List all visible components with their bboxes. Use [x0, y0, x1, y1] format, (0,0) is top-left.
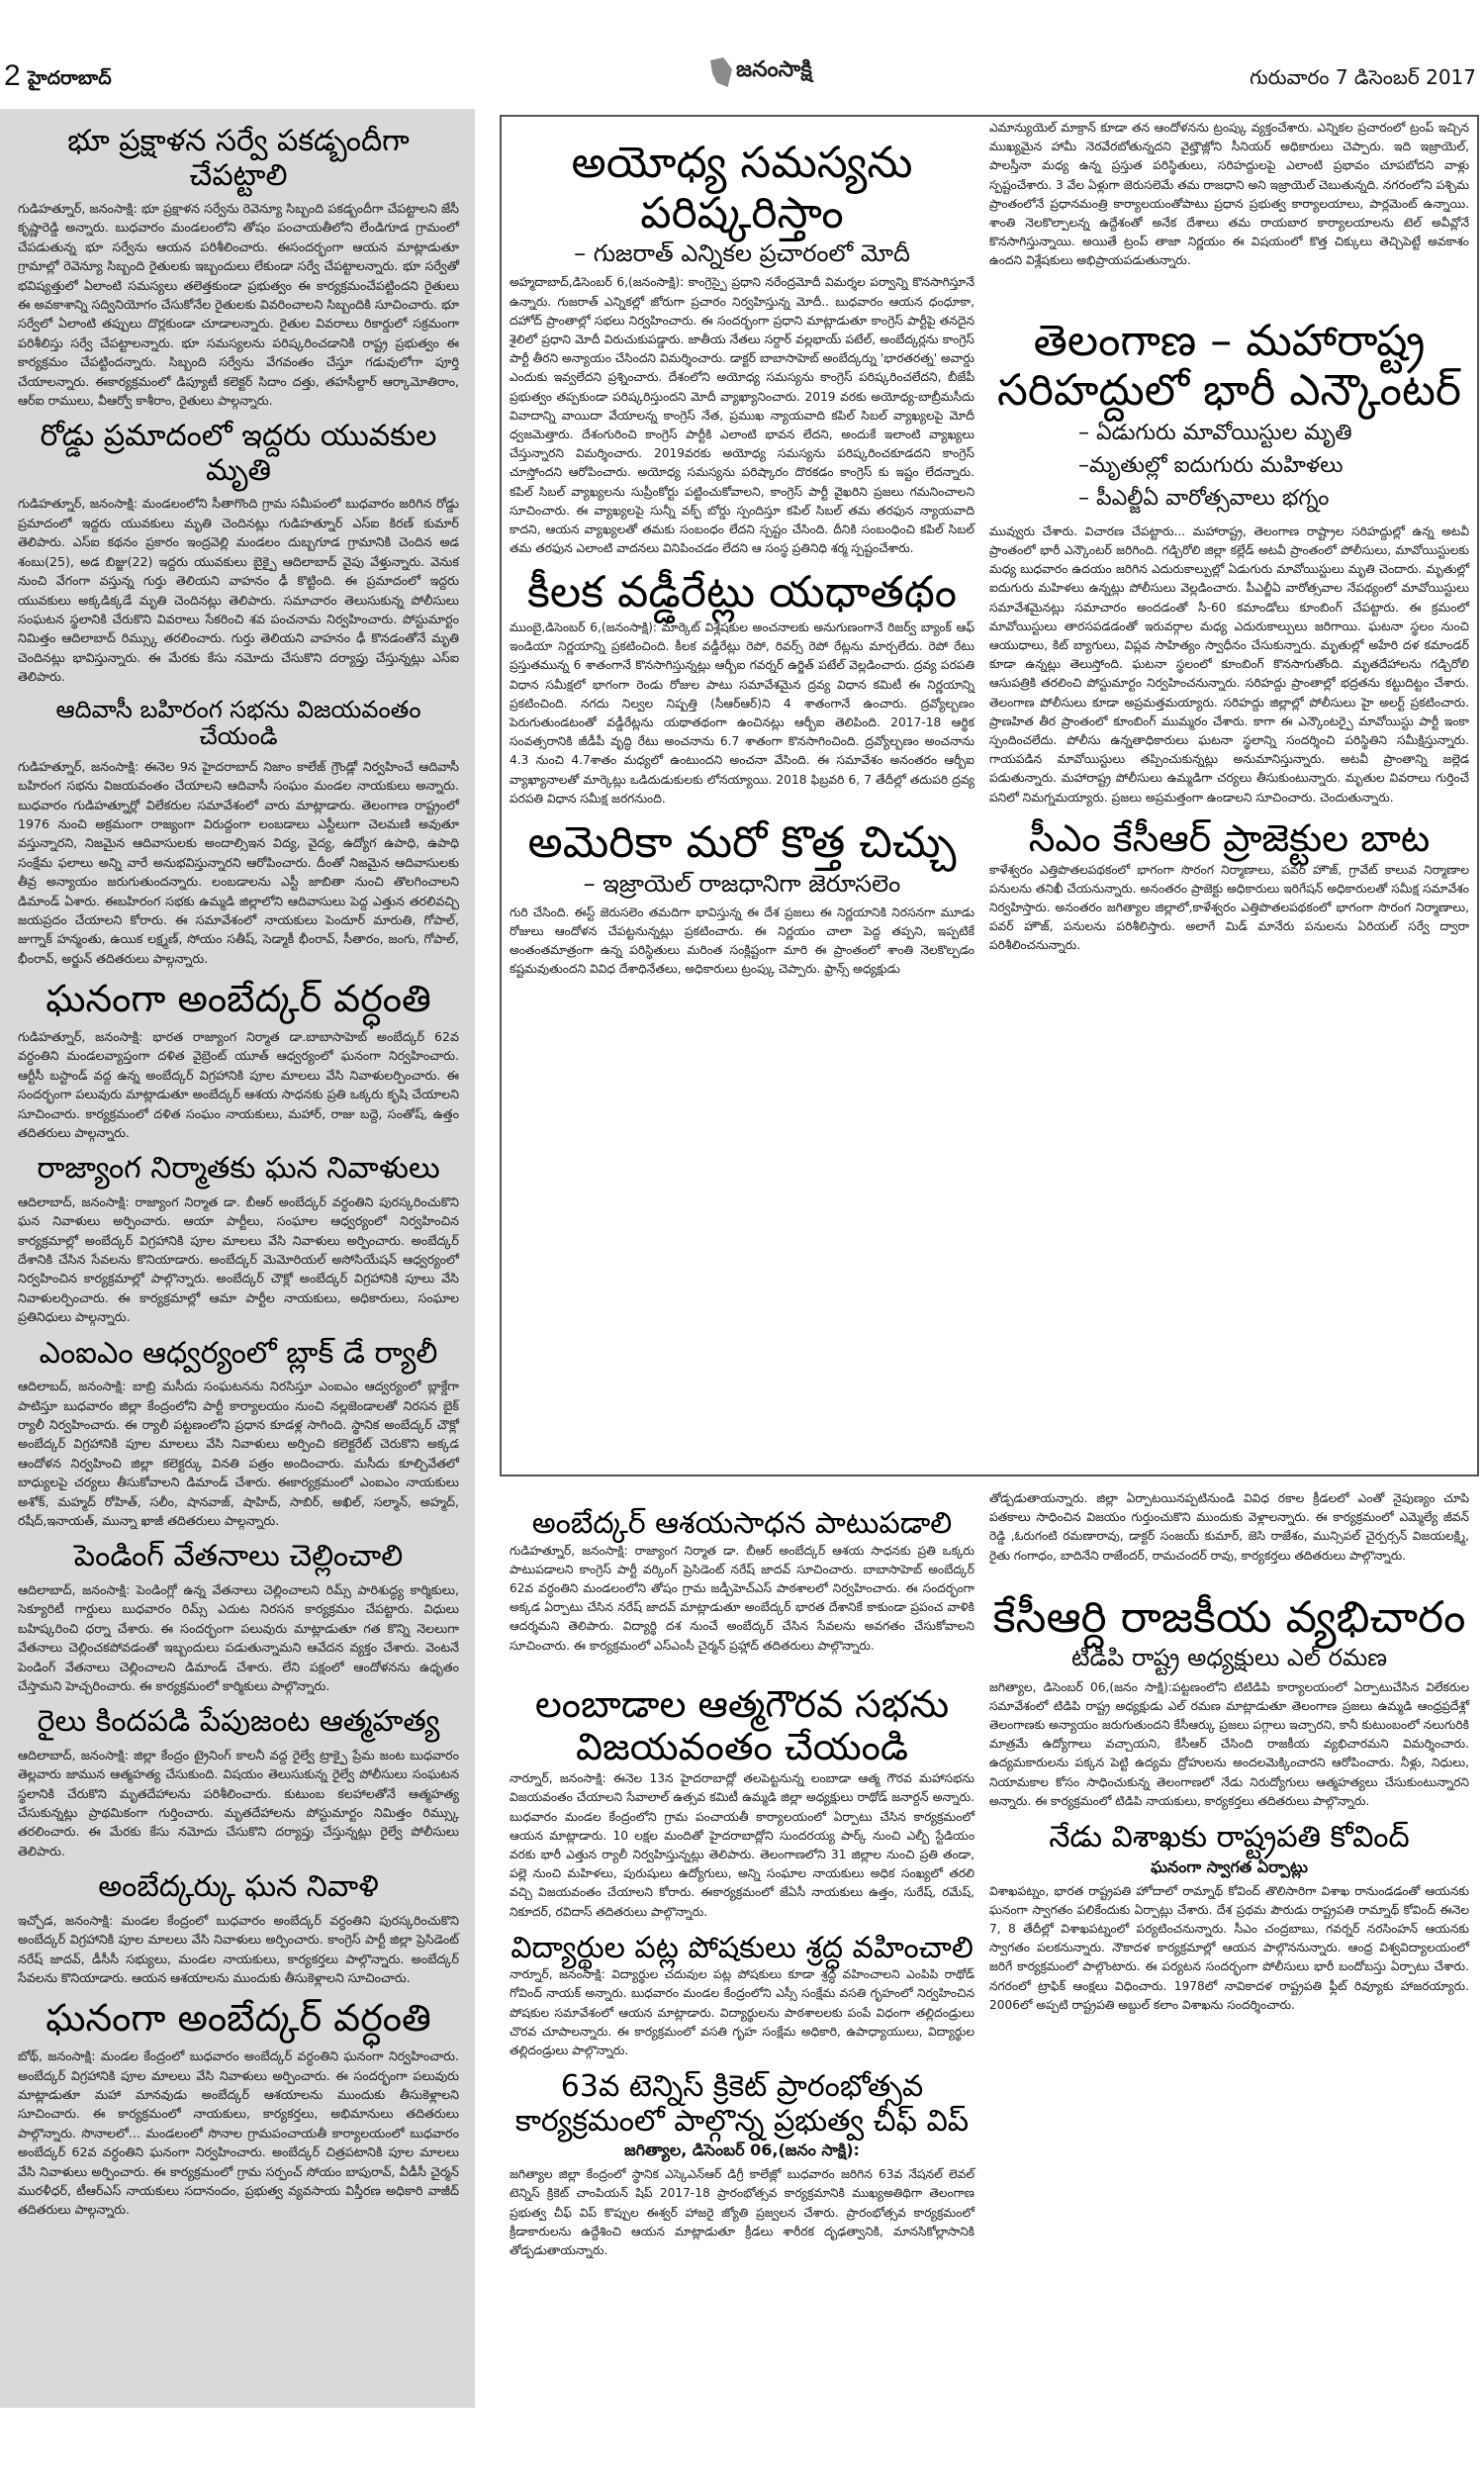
article-headline: అంబేద్కర్కు ఘన నివాళి	[18, 1870, 459, 1905]
article-subheadline: – ఏడుగురు మావోయిస్టుల మృతి	[1078, 417, 1469, 449]
article-body: మువ్వురు చేశారు. విచారణ చేపట్టారు... మహా…	[989, 523, 1469, 808]
article: అయోధ్య సమస్యను పరిష్కరిస్తాం – గుజరాత్ ఎ…	[510, 139, 974, 558]
section-name: హైదరాబాద్	[28, 67, 112, 94]
article-headline: ఆదివాసీ బహిరంగ సభను విజయవంతం చేయండి	[18, 697, 459, 751]
article-body: బోథ్, జనంసాక్షి: మండల కేంద్రంలో బుధవారం …	[18, 2047, 459, 2220]
article-headline: రైలు కిందపడి పేపుజంట ఆత్మహత్య	[18, 1705, 459, 1740]
spacer	[510, 1666, 974, 1683]
article-headline: అంబేద్కర్ ఆశయసాధన పాటుపడాలి	[510, 1507, 974, 1542]
article: నేడు విశాఖకు రాష్ట్రపతి కోవింద్ ఘనంగా స్…	[989, 1821, 1469, 2015]
article: సీఎం కేసీఆర్ ప్రాజెక్టుల బాట కాళేశ్వరం ఎ…	[989, 817, 1469, 956]
article-headline: రాజ్యాంగ నిర్మాతకు ఘన నివాళులు	[18, 1152, 459, 1187]
article-continuation: తోడ్పడుతాయన్నారు. జిల్లా ఏర్పాటయినప్పటిన…	[989, 1489, 1469, 1566]
article-body: ఆదిలాబాద్, జనంసాక్షి: జిల్లా కేంద్రం ట్ర…	[18, 1746, 459, 1860]
boxed-middle-column: అయోధ్య సమస్యను పరిష్కరిస్తాం – గుజరాత్ ఎ…	[510, 139, 974, 990]
article-subheadline: – గుజరాత్ ఎన్నికల ప్రచారంలో మోదీ	[510, 238, 974, 269]
article-subheadlines: – ఏడుగురు మావోయిస్టుల మృతి –మృతుల్లో ఐదు…	[989, 417, 1469, 515]
article-headline: కీలక వడ్డీరేట్లు యధాతథం	[510, 568, 974, 619]
article-headline: నేడు విశాఖకు రాష్ట్రపతి కోవింద్	[989, 1821, 1469, 1856]
article: రోడ్డు ప్రమాదంలో ఇద్దరు యువకుల మృతి గుడి…	[18, 420, 459, 686]
article-headline: కేసీఆర్ది రాజకీయ వ్యభిచారం	[989, 1593, 1469, 1644]
article-subheadline: – పీఎల్జీఏ వారోత్సవాలు భగ్నం	[1078, 482, 1469, 515]
article-subheadline: ఘనంగా స్వాగత ఏర్పాట్లు	[989, 1857, 1469, 1880]
boxed-right-column: ఎమాన్యుయెల్ మాక్రాన్ కూడా తన ఆందోళనను ట్…	[989, 119, 1469, 966]
article-continuation: ఎమాన్యుయెల్ మాక్రాన్ కూడా తన ఆందోళనను ట్…	[989, 119, 1469, 271]
article: లంబాడాల ఆత్మగౌరవ సభను విజయవంతం చేయండి నా…	[510, 1683, 974, 1922]
article-body: కాళేశ్వరం ఎత్తిపొతలపథకంలో భాగంగా సొరంగ న…	[989, 861, 1469, 956]
article-headline: రోడ్డు ప్రమాదంలో ఇద్దరు యువకుల మృతి	[18, 420, 459, 488]
lower-middle-column: అంబేద్కర్ ఆశయసాధన పాటుపడాలి గుడిహత్నూర్,…	[510, 1489, 974, 2270]
article-headline: అయోధ్య సమస్యను పరిష్కరిస్తాం	[510, 139, 974, 238]
article-dateline: జగిత్యాల, డిసెంబర్ 06,(జనం సాక్షి):	[510, 2141, 974, 2163]
article-subheadline: టిడిపి రాష్ట్ర అధ్యక్షులు ఎల్ రమణ	[989, 1643, 1469, 1673]
article-headline: భూ ప్రక్షాళన సర్వే పకడ్బందీగా చేపట్టాలి	[18, 125, 459, 193]
article-headline: తెలంగాణ – మహారాష్ట్ర సరిహద్దులో భారీ ఎన్…	[989, 317, 1469, 417]
article: విద్యార్థుల పట్ల పోషకులు శ్రద్ధ వహించాలి…	[510, 1932, 974, 2061]
article: పెండింగ్ వేతనాలు చెల్లించాలి ఆదిలాబాద్, …	[18, 1540, 459, 1695]
page-header: 2 హైదరాబాద్ జనంసాక్షి గురువారం 7 డిసెంబర…	[0, 57, 1484, 101]
article-headline: పెండింగ్ వేతనాలు చెల్లించాలి	[18, 1540, 459, 1574]
article-headline: ఘనంగా అంబేద్కర్ వర్ధంతి	[18, 978, 459, 1021]
telangana-map-icon	[710, 57, 732, 87]
article-body: జగిత్యాల జిల్లా కేంద్రంలో స్థానిక ఎస్కెఎ…	[510, 2165, 974, 2260]
logo-text: జనంసాక్షి	[736, 57, 812, 87]
newspaper-logo: జనంసాక్షి	[710, 57, 812, 87]
article: అంబేద్కర్కు ఘన నివాళి ఇచ్చోడ, జనంసాక్షి:…	[18, 1870, 459, 1987]
article-body: గుడిహత్నూర్, జనంసాక్షి: మండలంలోని సీతాగొ…	[18, 494, 459, 686]
article: అంబేద్కర్ ఆశయసాధన పాటుపడాలి గుడిహత్నూర్,…	[510, 1507, 974, 1656]
issue-date: గురువారం 7 డిసెంబర్ 2017	[1250, 65, 1476, 94]
article-body: అహ్మదాబాద్,డిసెంబర్ 6,(జనంసాక్షి): కాంగ్…	[510, 273, 974, 558]
article: భూ ప్రక్షాళన సర్వే పకడ్బందీగా చేపట్టాలి …	[18, 125, 459, 410]
article-body: గుడిహత్నూర్, జనంసాక్షి: భారత రాజ్యాంగ ని…	[18, 1027, 459, 1142]
article: కీలక వడ్డీరేట్లు యధాతథం ముంబై,డిసెంబర్ 6…	[510, 568, 974, 809]
article-body: జగిత్యాల, డిసెంబర్ 06,(జనం సాక్షి):పట్టణ…	[989, 1678, 1469, 1811]
page-number: 2	[4, 59, 21, 93]
article: తెలంగాణ – మహారాష్ట్ర సరిహద్దులో భారీ ఎన్…	[989, 317, 1469, 808]
article-body: గుడిహత్నూర్, జనంసాక్షి: ఈనెల 9న హైదరాబాద…	[18, 757, 459, 968]
article: ఘనంగా అంబేద్కర్ వర్ధంతి బోథ్, జనంసాక్షి:…	[18, 1997, 459, 2219]
article-headline: ఘనంగా అంబేద్కర్ వర్ధంతి	[18, 1997, 459, 2041]
lower-right-column: తోడ్పడుతాయన్నారు. జిల్లా ఏర్పాటయినప్పటిన…	[989, 1489, 1469, 2025]
article: రాజ్యాంగ నిర్మాతకు ఘన నివాళులు ఆదిలాబాద్…	[18, 1152, 459, 1326]
article-body: గుడిహత్నూర్, జనంసాక్షి: రాజ్యాంగ నిర్మాత…	[510, 1542, 974, 1656]
article-headline: అమెరికా మరో కొత్త చిచ్చు	[510, 818, 974, 869]
article-body: ఆదిలాబాద్, జనంసాక్షి: పెండింగ్లో ఉన్న వే…	[18, 1580, 459, 1695]
article-body: ముంబై,డిసెంబర్ 6,(జనంసాక్షి): మార్కెట్ వ…	[510, 619, 974, 809]
article: ఆదివాసీ బహిరంగ సభను విజయవంతం చేయండి గుడి…	[18, 697, 459, 969]
article-headline: లంబాడాల ఆత్మగౌరవ సభను విజయవంతం చేయండి	[510, 1683, 974, 1769]
article-body: ఆదిలాబద్, జనంసాక్షి: బాబ్రి మసీదు సంఘటనన…	[18, 1377, 459, 1530]
article-body: ఆదిలాబాద్, జనంసాక్షి: రాజ్యాంగ నిర్మాత డ…	[18, 1192, 459, 1327]
article-body: నార్నూర్, జనంసాక్షి: విద్యార్థుల చదువుల …	[510, 1965, 974, 2060]
article: రైలు కిందపడి పేపుజంట ఆత్మహత్య ఆదిలాబాద్,…	[18, 1705, 459, 1860]
left-news-column: భూ ప్రక్షాళన సర్వే పకడ్బందీగా చేపట్టాలి …	[0, 109, 475, 2408]
article-body: నార్నూర్, జనంసాక్షి: ఈనెల 13న హైదరాబాద్ల…	[510, 1769, 974, 1922]
article-subheadline: – ఇజ్రాయెల్ రాజధానిగా జెరూసలెం	[510, 869, 974, 900]
article-body: గురి చేసింది. ఈస్ట్ జెరుసలెం తమదిగా భావి…	[510, 904, 974, 980]
article-body: విశాఖపట్నం, భారత రాష్ట్రపతి హోదాలో రామ్న…	[989, 1882, 1469, 2015]
article: కేసీఆర్ది రాజకీయ వ్యభిచారం టిడిపి రాష్ట్…	[989, 1593, 1469, 1811]
article: అమెరికా మరో కొత్త చిచ్చు – ఇజ్రాయెల్ రాజ…	[510, 818, 974, 980]
article-body: ఇచ్చోడ, జనంసాక్షి: మండల కేంద్రంలో బుధవార…	[18, 1911, 459, 1988]
article: 63వ టెన్నిస్ క్రికెట్ ప్రారంభోత్సవ కార్య…	[510, 2070, 974, 2260]
article: ఘనంగా అంబేద్కర్ వర్ధంతి గుడిహత్నూర్, జనం…	[18, 978, 459, 1142]
article-headline: విద్యార్థుల పట్ల పోషకులు శ్రద్ధ వహించాలి	[510, 1932, 974, 1966]
spacer	[989, 281, 1469, 317]
article-subheadline: –మృతుల్లో ఐదుగురు మహిళలు	[1078, 449, 1469, 482]
article-headline: ఎంఐఎం ఆధ్వర్యంలో బ్లాక్ డే ర్యాలీ	[18, 1337, 459, 1372]
article-headline: 63వ టెన్నిస్ క్రికెట్ ప్రారంభోత్సవ కార్య…	[510, 2070, 974, 2139]
article-headline: సీఎం కేసీఆర్ ప్రాజెక్టుల బాట	[989, 817, 1469, 861]
article-body: గుడిహత్నూర్, జనంసాక్షి: భూ ప్రక్షాళన సర్…	[18, 199, 459, 410]
article: ఎంఐఎం ఆధ్వర్యంలో బ్లాక్ డే ర్యాలీ ఆదిలాబ…	[18, 1337, 459, 1531]
spacer	[510, 1489, 974, 1507]
spacer	[989, 1575, 1469, 1593]
